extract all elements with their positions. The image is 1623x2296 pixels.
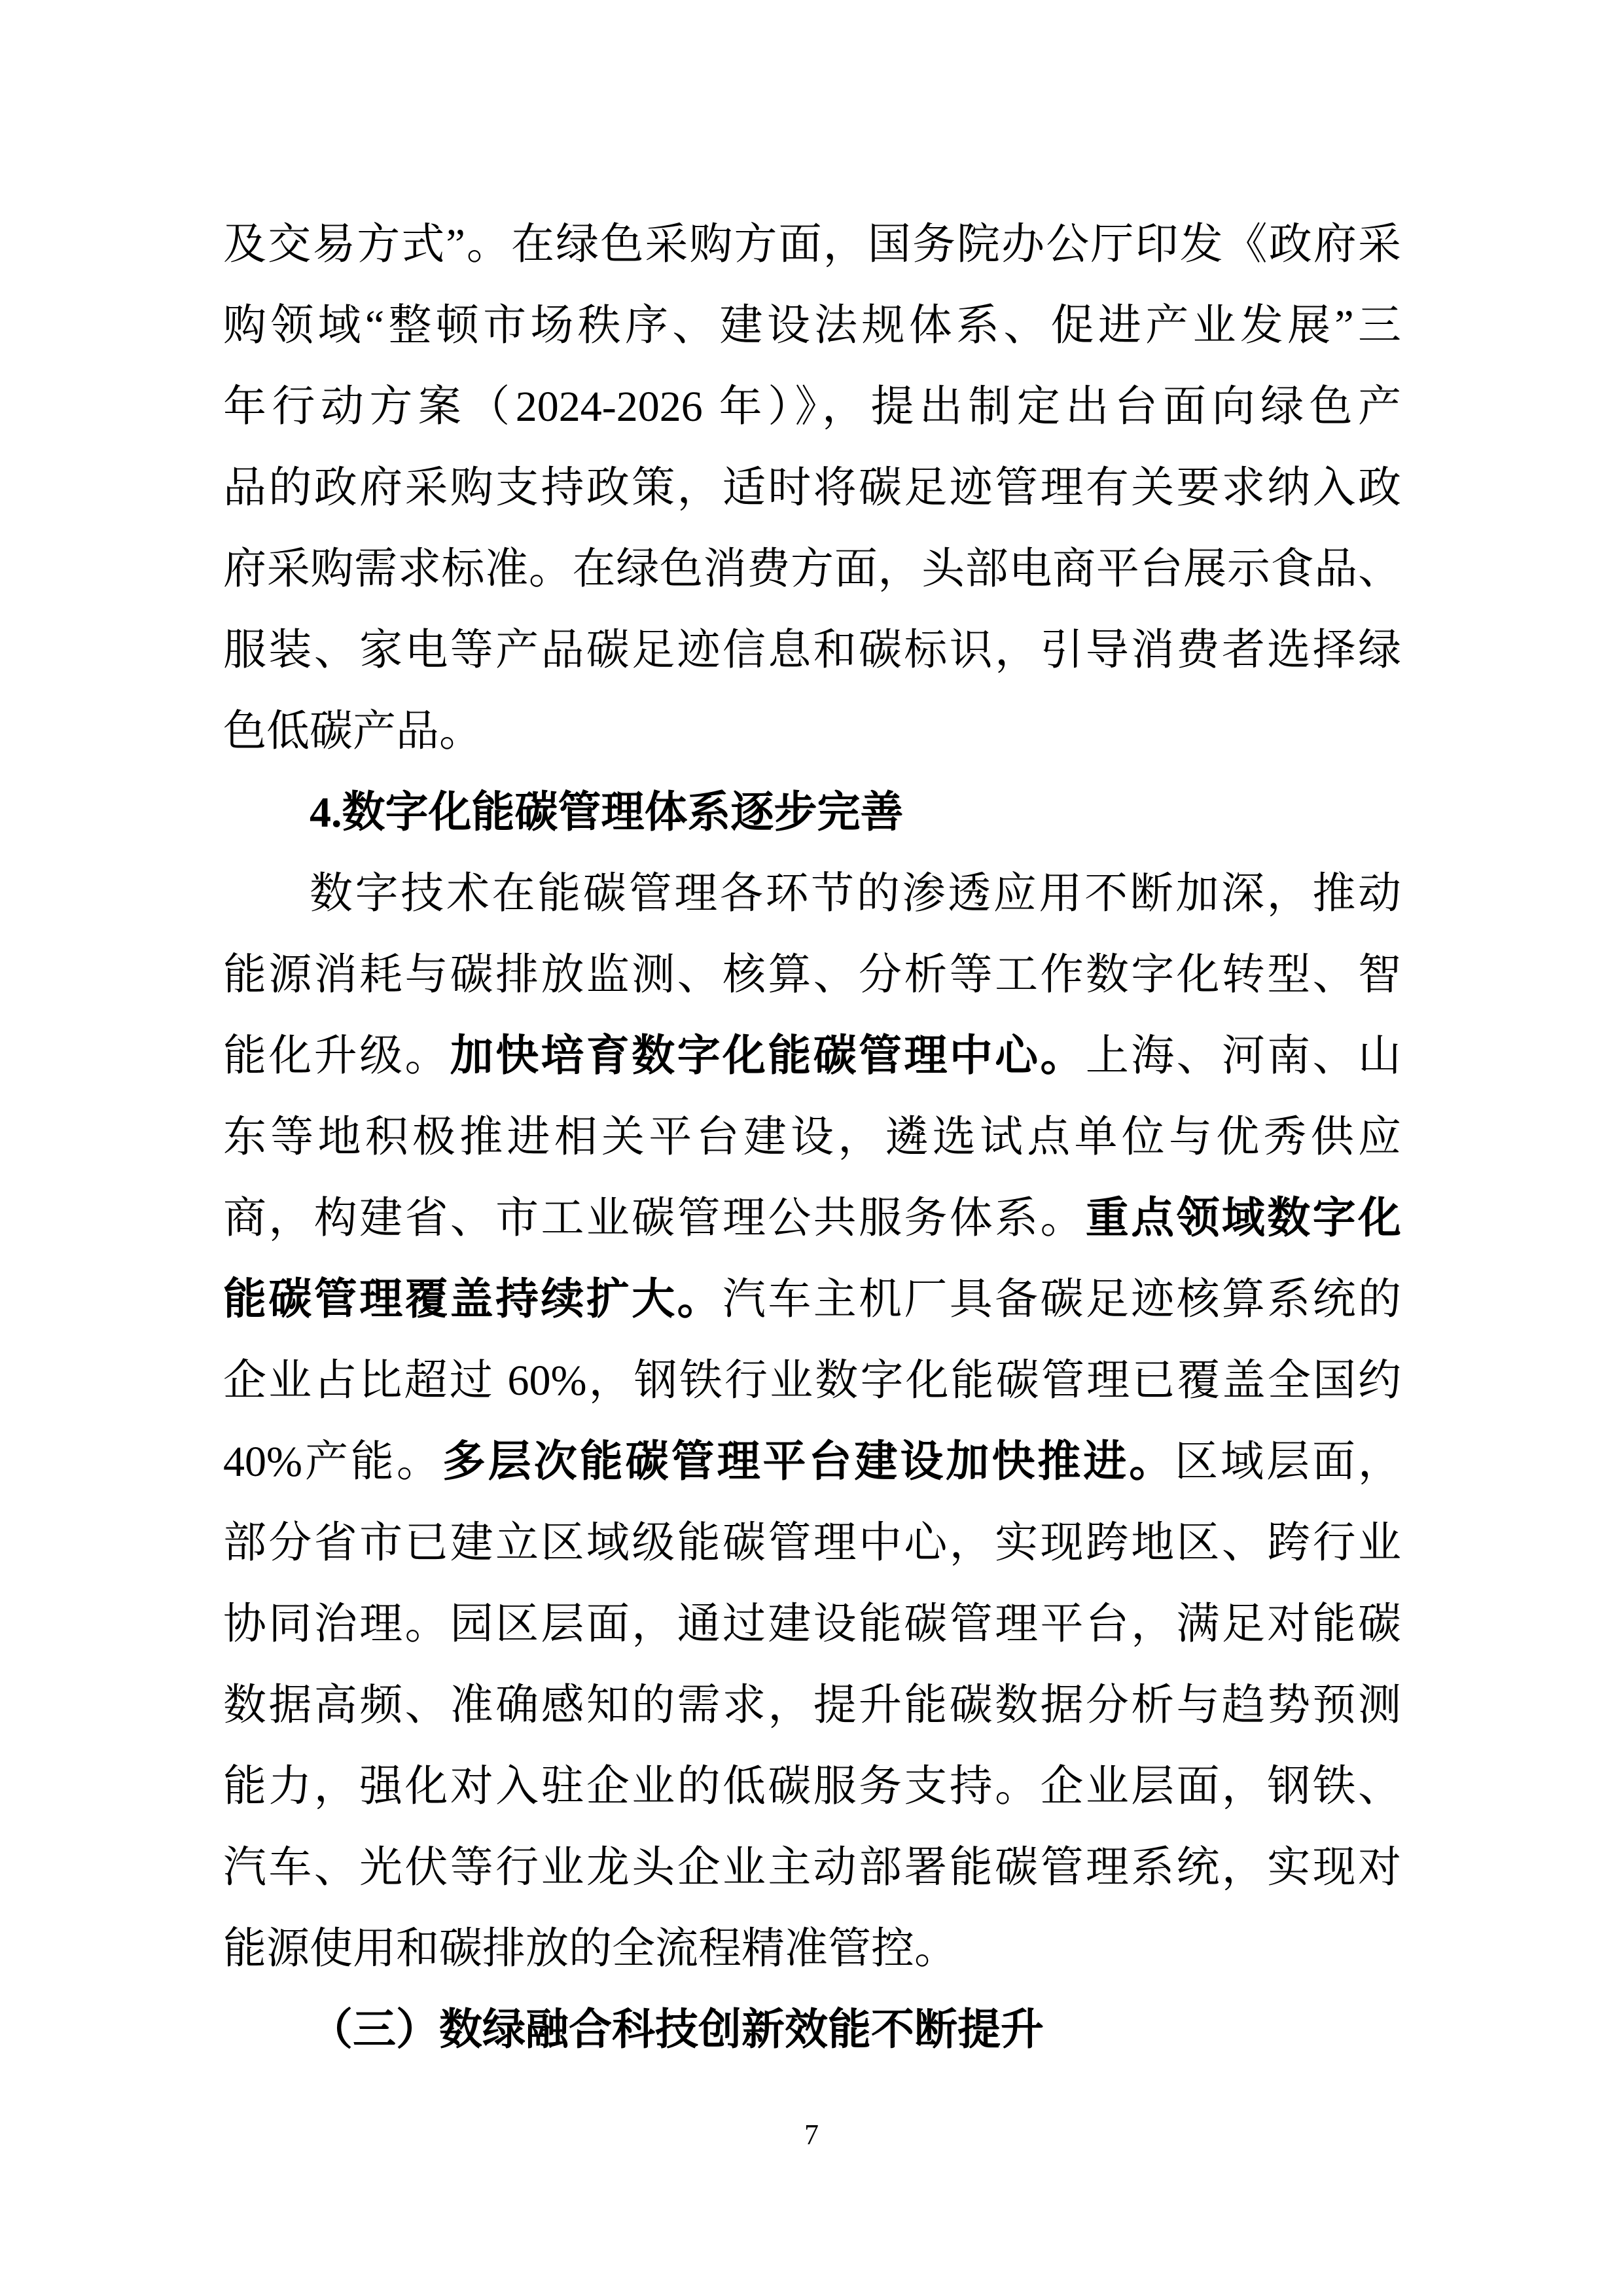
text-segment: 及交易方式”。在绿色采购方面，国务院办公厅印发《政府采 <box>223 221 1401 268</box>
page-number: 7 <box>0 2118 1623 2152</box>
text-segment: 40%产能。 <box>223 1438 442 1486</box>
text-line: 协同治理。园区层面，通过建设能碳管理平台，满足对能碳 <box>223 1584 1401 1665</box>
text-line: 及交易方式”。在绿色采购方面，国务院办公厅印发《政府采 <box>223 204 1401 285</box>
text-segment: 东等地积极推进相关平台建设，遴选试点单位与优秀供应 <box>223 1113 1401 1161</box>
bold-text-segment: 4.数字化能碳管理体系逐步完善 <box>310 789 904 836</box>
text-line: （三）数绿融合科技创新效能不断提升 <box>223 1990 1401 2071</box>
text-segment: （三）数绿融合科技创新效能不断提升 <box>310 2006 1044 2054</box>
text-line: 年行动方案（2024-2026 年）》，提出制定出台面向绿色产 <box>223 367 1401 448</box>
text-segment: 品的政府采购支持政策，适时将碳足迹管理有关要求纳入政 <box>223 464 1401 512</box>
text-line: 能力，强化对入驻企业的低碳服务支持。企业层面，钢铁、 <box>223 1746 1401 1827</box>
text-segment: 能源使用和碳排放的全流程精准管控。 <box>223 1925 957 1973</box>
bold-text-segment: 多层次能碳管理平台建设加快推进。 <box>442 1438 1175 1486</box>
text-segment: 部分省市已建立区域级能碳管理中心，实现跨地区、跨行业 <box>223 1519 1401 1567</box>
bold-text-segment: 重点领域数字化 <box>1086 1194 1401 1242</box>
text-line: 府采购需求标准。在绿色消费方面，头部电商平台展示食品、 <box>223 529 1401 610</box>
text-segment: 能源消耗与碳排放监测、核算、分析等工作数字化转型、智 <box>223 951 1401 999</box>
text-line: 数字技术在能碳管理各环节的渗透应用不断加深，推动 <box>223 853 1401 935</box>
text-line: 东等地积极推进相关平台建设，遴选试点单位与优秀供应 <box>223 1097 1401 1178</box>
text-segment: 色低碳产品。 <box>223 708 482 755</box>
text-segment: 汽车主机厂具备碳足迹核算系统的 <box>722 1276 1401 1323</box>
bold-text-segment: 能碳管理覆盖持续扩大。 <box>223 1276 722 1323</box>
text-line: 购领域“整顿市场秩序、建设法规体系、促进产业发展”三 <box>223 285 1401 367</box>
text-line: 服装、家电等产品碳足迹信息和碳标识，引导消费者选择绿 <box>223 610 1401 691</box>
text-segment: 区域层面， <box>1175 1438 1401 1486</box>
document-body: 及交易方式”。在绿色采购方面，国务院办公厅印发《政府采购领域“整顿市场秩序、建设… <box>223 204 1401 2071</box>
text-line: 能碳管理覆盖持续扩大。汽车主机厂具备碳足迹核算系统的 <box>223 1259 1401 1340</box>
text-line: 部分省市已建立区域级能碳管理中心，实现跨地区、跨行业 <box>223 1503 1401 1584</box>
text-line: 能源使用和碳排放的全流程精准管控。 <box>223 1909 1401 1990</box>
text-line: 40%产能。多层次能碳管理平台建设加快推进。区域层面， <box>223 1422 1401 1503</box>
text-segment: 府采购需求标准。在绿色消费方面，头部电商平台展示食品、 <box>223 545 1401 593</box>
text-segment: 年行动方案（2024-2026 年）》，提出制定出台面向绿色产 <box>223 383 1401 431</box>
text-segment: 协同治理。园区层面，通过建设能碳管理平台，满足对能碳 <box>223 1600 1401 1648</box>
text-segment: 能化升级。 <box>223 1032 450 1080</box>
text-segment: 企业占比超过 60%，钢铁行业数字化能碳管理已覆盖全国约 <box>223 1357 1401 1405</box>
text-segment: 能力，强化对入驻企业的低碳服务支持。企业层面，钢铁、 <box>223 1763 1401 1810</box>
text-segment: 上海、河南、山 <box>1086 1032 1401 1080</box>
bold-text-segment: 加快培育数字化能碳管理中心。 <box>450 1032 1086 1080</box>
text-line: 品的政府采购支持政策，适时将碳足迹管理有关要求纳入政 <box>223 448 1401 529</box>
text-line: 数据高频、准确感知的需求，提升能碳数据分析与趋势预测 <box>223 1665 1401 1746</box>
text-segment: 服装、家电等产品碳足迹信息和碳标识，引导消费者选择绿 <box>223 626 1401 674</box>
text-segment: 商，构建省、市工业碳管理公共服务体系。 <box>223 1194 1086 1242</box>
text-line: 4.数字化能碳管理体系逐步完善 <box>223 772 1401 853</box>
text-line: 能源消耗与碳排放监测、核算、分析等工作数字化转型、智 <box>223 935 1401 1016</box>
text-segment: 购领域“整顿市场秩序、建设法规体系、促进产业发展”三 <box>223 302 1401 350</box>
text-segment: 数据高频、准确感知的需求，提升能碳数据分析与趋势预测 <box>223 1681 1401 1729</box>
text-line: 汽车、光伏等行业龙头企业主动部署能碳管理系统，实现对 <box>223 1827 1401 1909</box>
text-line: 色低碳产品。 <box>223 691 1401 772</box>
text-segment: 数字技术在能碳管理各环节的渗透应用不断加深，推动 <box>310 870 1401 918</box>
document-page: 及交易方式”。在绿色采购方面，国务院办公厅印发《政府采购领域“整顿市场秩序、建设… <box>0 0 1623 2296</box>
text-segment: 汽车、光伏等行业龙头企业主动部署能碳管理系统，实现对 <box>223 1844 1401 1892</box>
text-line: 企业占比超过 60%，钢铁行业数字化能碳管理已覆盖全国约 <box>223 1340 1401 1422</box>
text-line: 商，构建省、市工业碳管理公共服务体系。重点领域数字化 <box>223 1178 1401 1259</box>
text-line: 能化升级。加快培育数字化能碳管理中心。上海、河南、山 <box>223 1016 1401 1097</box>
